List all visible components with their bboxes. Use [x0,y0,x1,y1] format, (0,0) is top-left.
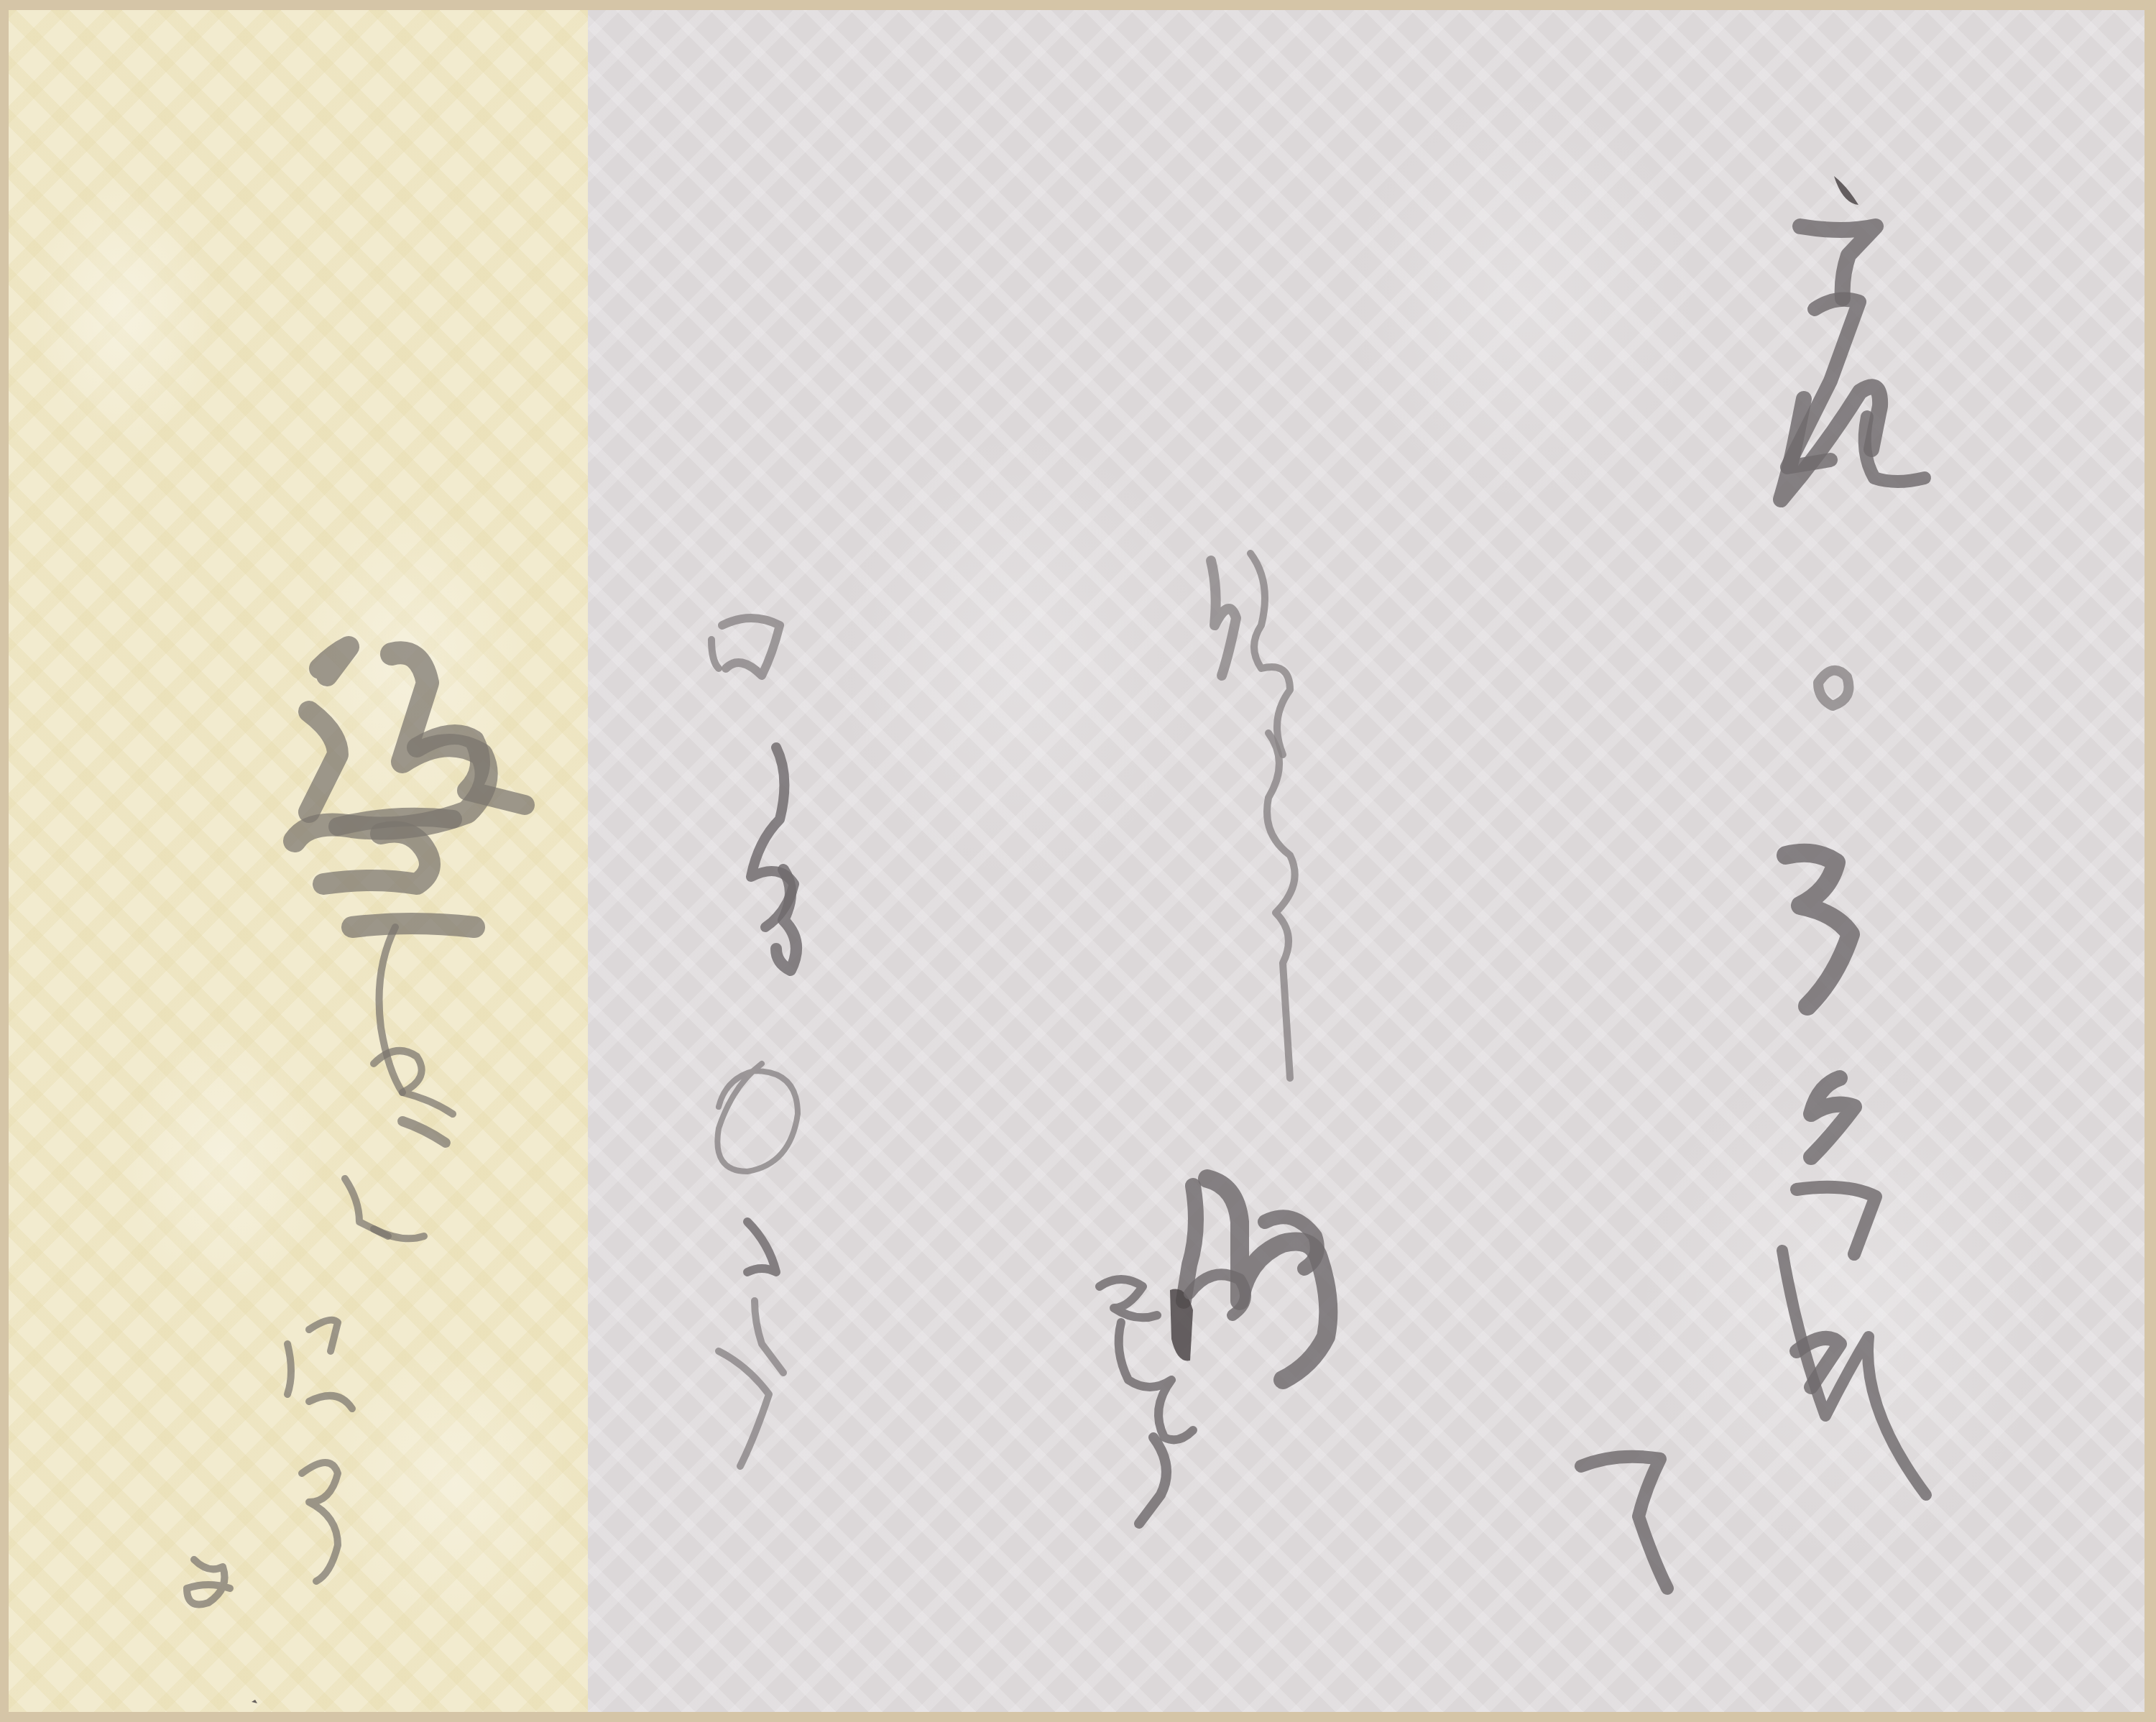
calligraphy-column-1 [1581,176,1926,1588]
calligraphy-column-4 [287,647,525,1581]
calligraphy-column-5 [187,1560,257,1703]
calligraphy-column-2 [1100,553,1328,1524]
calligraphy-column-3 [711,618,798,1466]
calligraphy-ink [0,0,2156,1722]
